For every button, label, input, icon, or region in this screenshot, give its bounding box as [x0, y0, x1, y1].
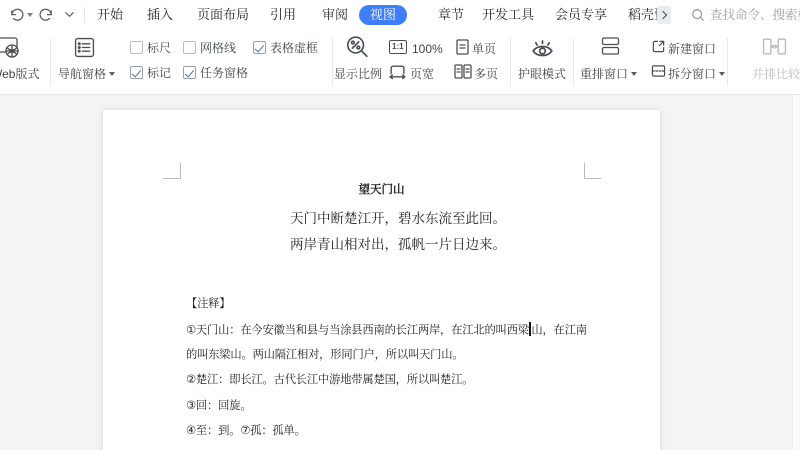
tab-review[interactable]: 审阅 — [322, 0, 348, 30]
checkbox-icon — [130, 41, 143, 54]
rearrange-windows-icon — [601, 36, 620, 56]
note-line[interactable]: ②楚江：即长江。古代长江中游地带属楚国，所以叫楚江。 — [186, 373, 473, 388]
markup-checkbox[interactable]: 标记 — [130, 65, 175, 81]
new-window-label: 新建窗口 — [668, 42, 716, 56]
note-text: ①天门山：在今安徽当和县与当涂县西南的长江两岸，在江北的叫西梁 — [186, 325, 529, 337]
checkbox-icon — [130, 66, 143, 79]
tab-page-layout[interactable]: 页面布局 — [197, 0, 249, 30]
one-to-one-icon: 1:1 — [389, 40, 407, 54]
redo-icon — [38, 7, 55, 23]
chevron-down-icon — [109, 72, 115, 76]
doc-title[interactable]: 望天门山 — [103, 183, 660, 198]
note-line[interactable]: ③回：回旋。 — [186, 399, 251, 414]
document-area: 望天门山 天门中断楚江开，碧水东流至此回。 两岸青山相对出，孤帆一片日边来。 【… — [0, 95, 800, 450]
note-line[interactable]: ④至：到。⑦孤：孤单。 — [186, 424, 306, 439]
note-text: 山，在江南 — [531, 325, 587, 337]
undo-dropdown-icon[interactable] — [27, 13, 33, 17]
web-layout-label: Web版式 — [0, 67, 39, 81]
search-icon — [691, 8, 705, 22]
ruler-checkbox[interactable]: 标尺 — [130, 40, 175, 56]
search-placeholder: 查找命令、搜索模板 — [710, 0, 800, 30]
undo-button[interactable] — [6, 4, 28, 26]
chevron-down-icon — [631, 72, 637, 76]
ribbon-divider — [573, 38, 574, 86]
rearrange-windows-label: 重排窗口 — [580, 67, 637, 81]
ribbon-divider — [510, 38, 511, 86]
nav-pane-label: 导航窗格 — [58, 67, 115, 81]
document-page[interactable]: 望天门山 天门中断楚江开，碧水东流至此回。 两岸青山相对出，孤帆一片日边来。 【… — [103, 110, 660, 450]
zoom-value: 100% — [412, 42, 443, 56]
ribbon-divider — [727, 38, 728, 86]
view-ribbon: Web版式 导航窗格 标尺 网格线 表格虚框 标记 — [0, 30, 800, 95]
docer-expand-button[interactable] — [657, 6, 671, 24]
page-width-icon — [389, 64, 406, 80]
margin-corner-mark-right — [584, 163, 601, 179]
tab-references[interactable]: 引用 — [270, 0, 296, 30]
chevron-down-icon — [62, 7, 77, 22]
page-width-label: 页宽 — [410, 67, 434, 81]
multi-page-icon — [454, 64, 472, 79]
tab-dev-tools[interactable]: 开发工具 — [482, 0, 534, 30]
ribbon-divider — [332, 38, 333, 86]
single-page-label: 单页 — [472, 42, 496, 56]
checkbox-icon — [183, 66, 196, 79]
redo-button[interactable] — [36, 4, 58, 26]
display-ratio-label: 显示比例 — [334, 67, 382, 81]
chevron-down-icon — [719, 72, 725, 76]
eye-protect-label: 护眼模式 — [518, 67, 566, 81]
menubar-divider — [84, 7, 85, 23]
side-by-side-label: 并排比较 — [752, 67, 800, 81]
quick-access-more-button[interactable] — [60, 4, 82, 26]
menu-bar: 开始 插入 页面布局 引用 审阅 视图 章节 开发工具 会员专享 稻壳资 查找命… — [0, 0, 800, 30]
checkbox-icon — [253, 41, 266, 54]
tab-home[interactable]: 开始 — [97, 0, 123, 30]
eye-icon — [529, 35, 556, 59]
note-line[interactable]: 的叫东梁山。两山隔江相对，形同门户，所以叫天门山。 — [186, 348, 463, 363]
notes-header[interactable]: 【注释】 — [186, 297, 230, 312]
nav-pane-icon — [74, 37, 95, 58]
single-page-icon — [456, 39, 469, 55]
poem-line[interactable]: 天门中断楚江开，碧水东流至此回。 — [290, 211, 506, 226]
ribbon-divider — [50, 38, 51, 86]
multi-page-label: 多页 — [474, 67, 498, 81]
task-pane-checkbox[interactable]: 任务窗格 — [183, 65, 253, 81]
zoom-percent-icon — [345, 35, 370, 60]
tab-section[interactable]: 章节 — [438, 0, 464, 30]
vertical-scrollbar[interactable] — [792, 95, 800, 450]
split-window-icon — [651, 64, 666, 78]
note-line[interactable]: ①天门山：在今安徽当和县与当涂县西南的长江两岸，在江北的叫西梁山，在江南 — [186, 322, 587, 339]
new-window-icon — [651, 39, 666, 54]
wps-writer-window: 开始 插入 页面布局 引用 审阅 视图 章节 开发工具 会员专享 稻壳资 查找命… — [0, 0, 800, 450]
tab-membership[interactable]: 会员专享 — [555, 0, 607, 30]
tab-insert[interactable]: 插入 — [147, 0, 173, 30]
checkbox-icon — [183, 41, 196, 54]
web-layout-button[interactable]: Web版式 — [0, 30, 50, 95]
margin-corner-mark-left — [163, 163, 181, 179]
tab-view[interactable]: 视图 — [359, 5, 407, 25]
split-window-label: 拆分窗口 — [668, 67, 725, 81]
gridlines-checkbox[interactable]: 网格线 — [183, 40, 241, 56]
poem-line[interactable]: 两岸青山相对出，孤帆一片日边来。 — [290, 237, 506, 252]
side-by-side-icon — [762, 36, 787, 57]
search-box[interactable]: 查找命令、搜索模板 — [686, 0, 800, 30]
undo-icon — [8, 7, 25, 23]
web-layout-icon — [0, 36, 21, 60]
table-gridlines-checkbox[interactable]: 表格虚框 — [253, 40, 323, 56]
